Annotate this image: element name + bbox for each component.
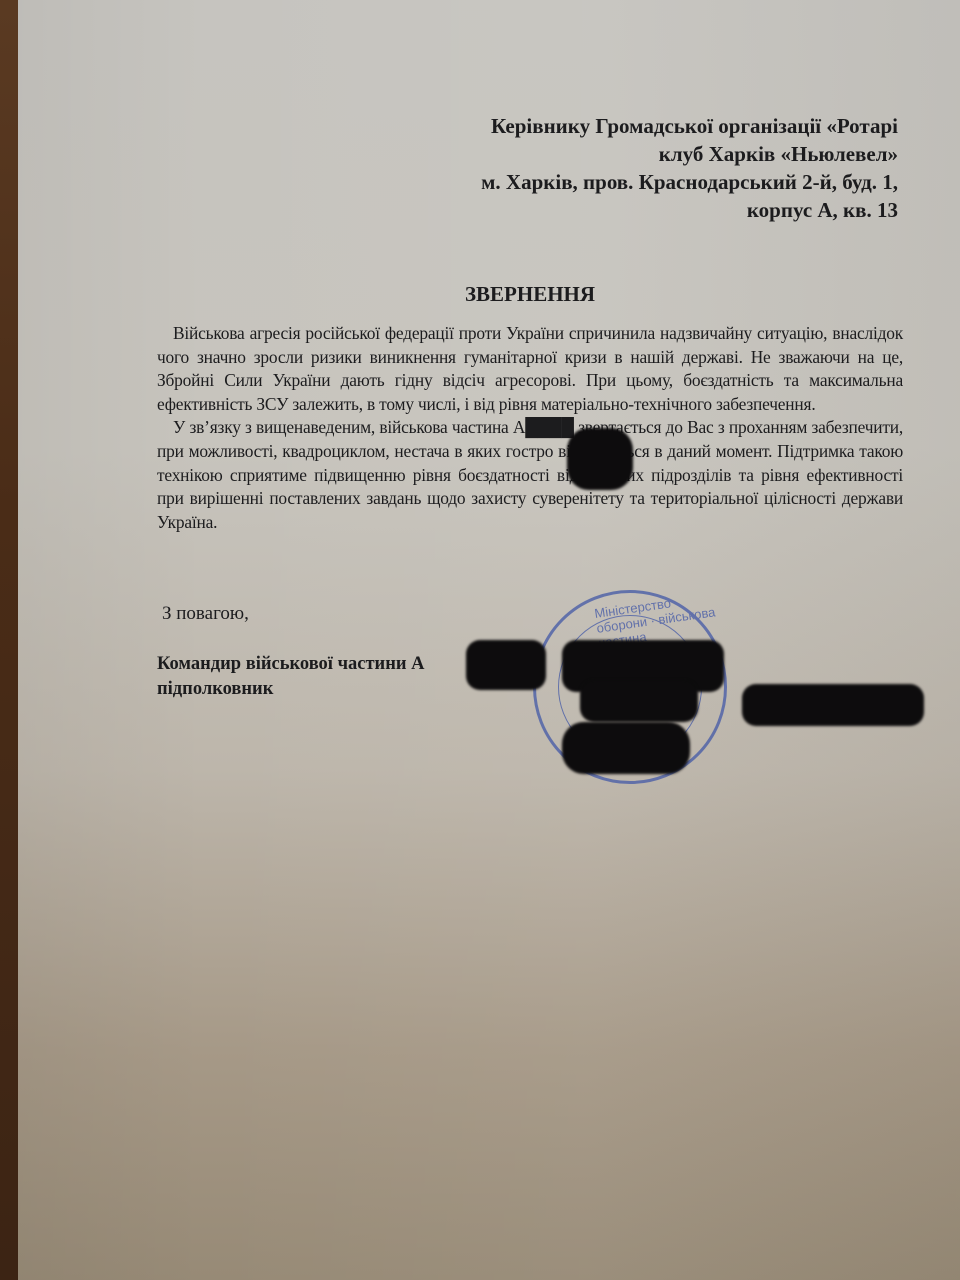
- signature-position: Командир військової частини А підполковн…: [157, 652, 425, 702]
- paragraph: У зв’язку з вищенаведеним, військова час…: [157, 416, 903, 534]
- redaction-signature-lower: [562, 722, 690, 774]
- signature-title-line: Командир військової частини А: [157, 652, 425, 677]
- addressee-block: Керівнику Громадської організації «Ротар…: [481, 112, 898, 224]
- addressee-line: клуб Харків «Ньюлевел»: [481, 140, 898, 168]
- signature-rank-line: підполковник: [157, 677, 425, 702]
- desk-surface: [0, 0, 18, 1280]
- addressee-line: корпус А, кв. 13: [481, 196, 898, 224]
- addressee-line: м. Харків, пров. Краснодарський 2-й, буд…: [481, 168, 898, 196]
- letter-body: Військова агресія російської федерації п…: [157, 322, 903, 534]
- redaction-signature-middle: [580, 680, 698, 722]
- redaction-commander-name: [742, 684, 924, 726]
- addressee-line: Керівнику Громадської організації «Ротар…: [481, 112, 898, 140]
- closing-salutation: З повагою,: [162, 603, 249, 625]
- redaction-unit-in-signature: [466, 640, 546, 690]
- document-title: ЗВЕРНЕННЯ: [0, 282, 960, 307]
- redaction-unit-number: [567, 428, 633, 490]
- paragraph: Військова агресія російської федерації п…: [157, 322, 903, 416]
